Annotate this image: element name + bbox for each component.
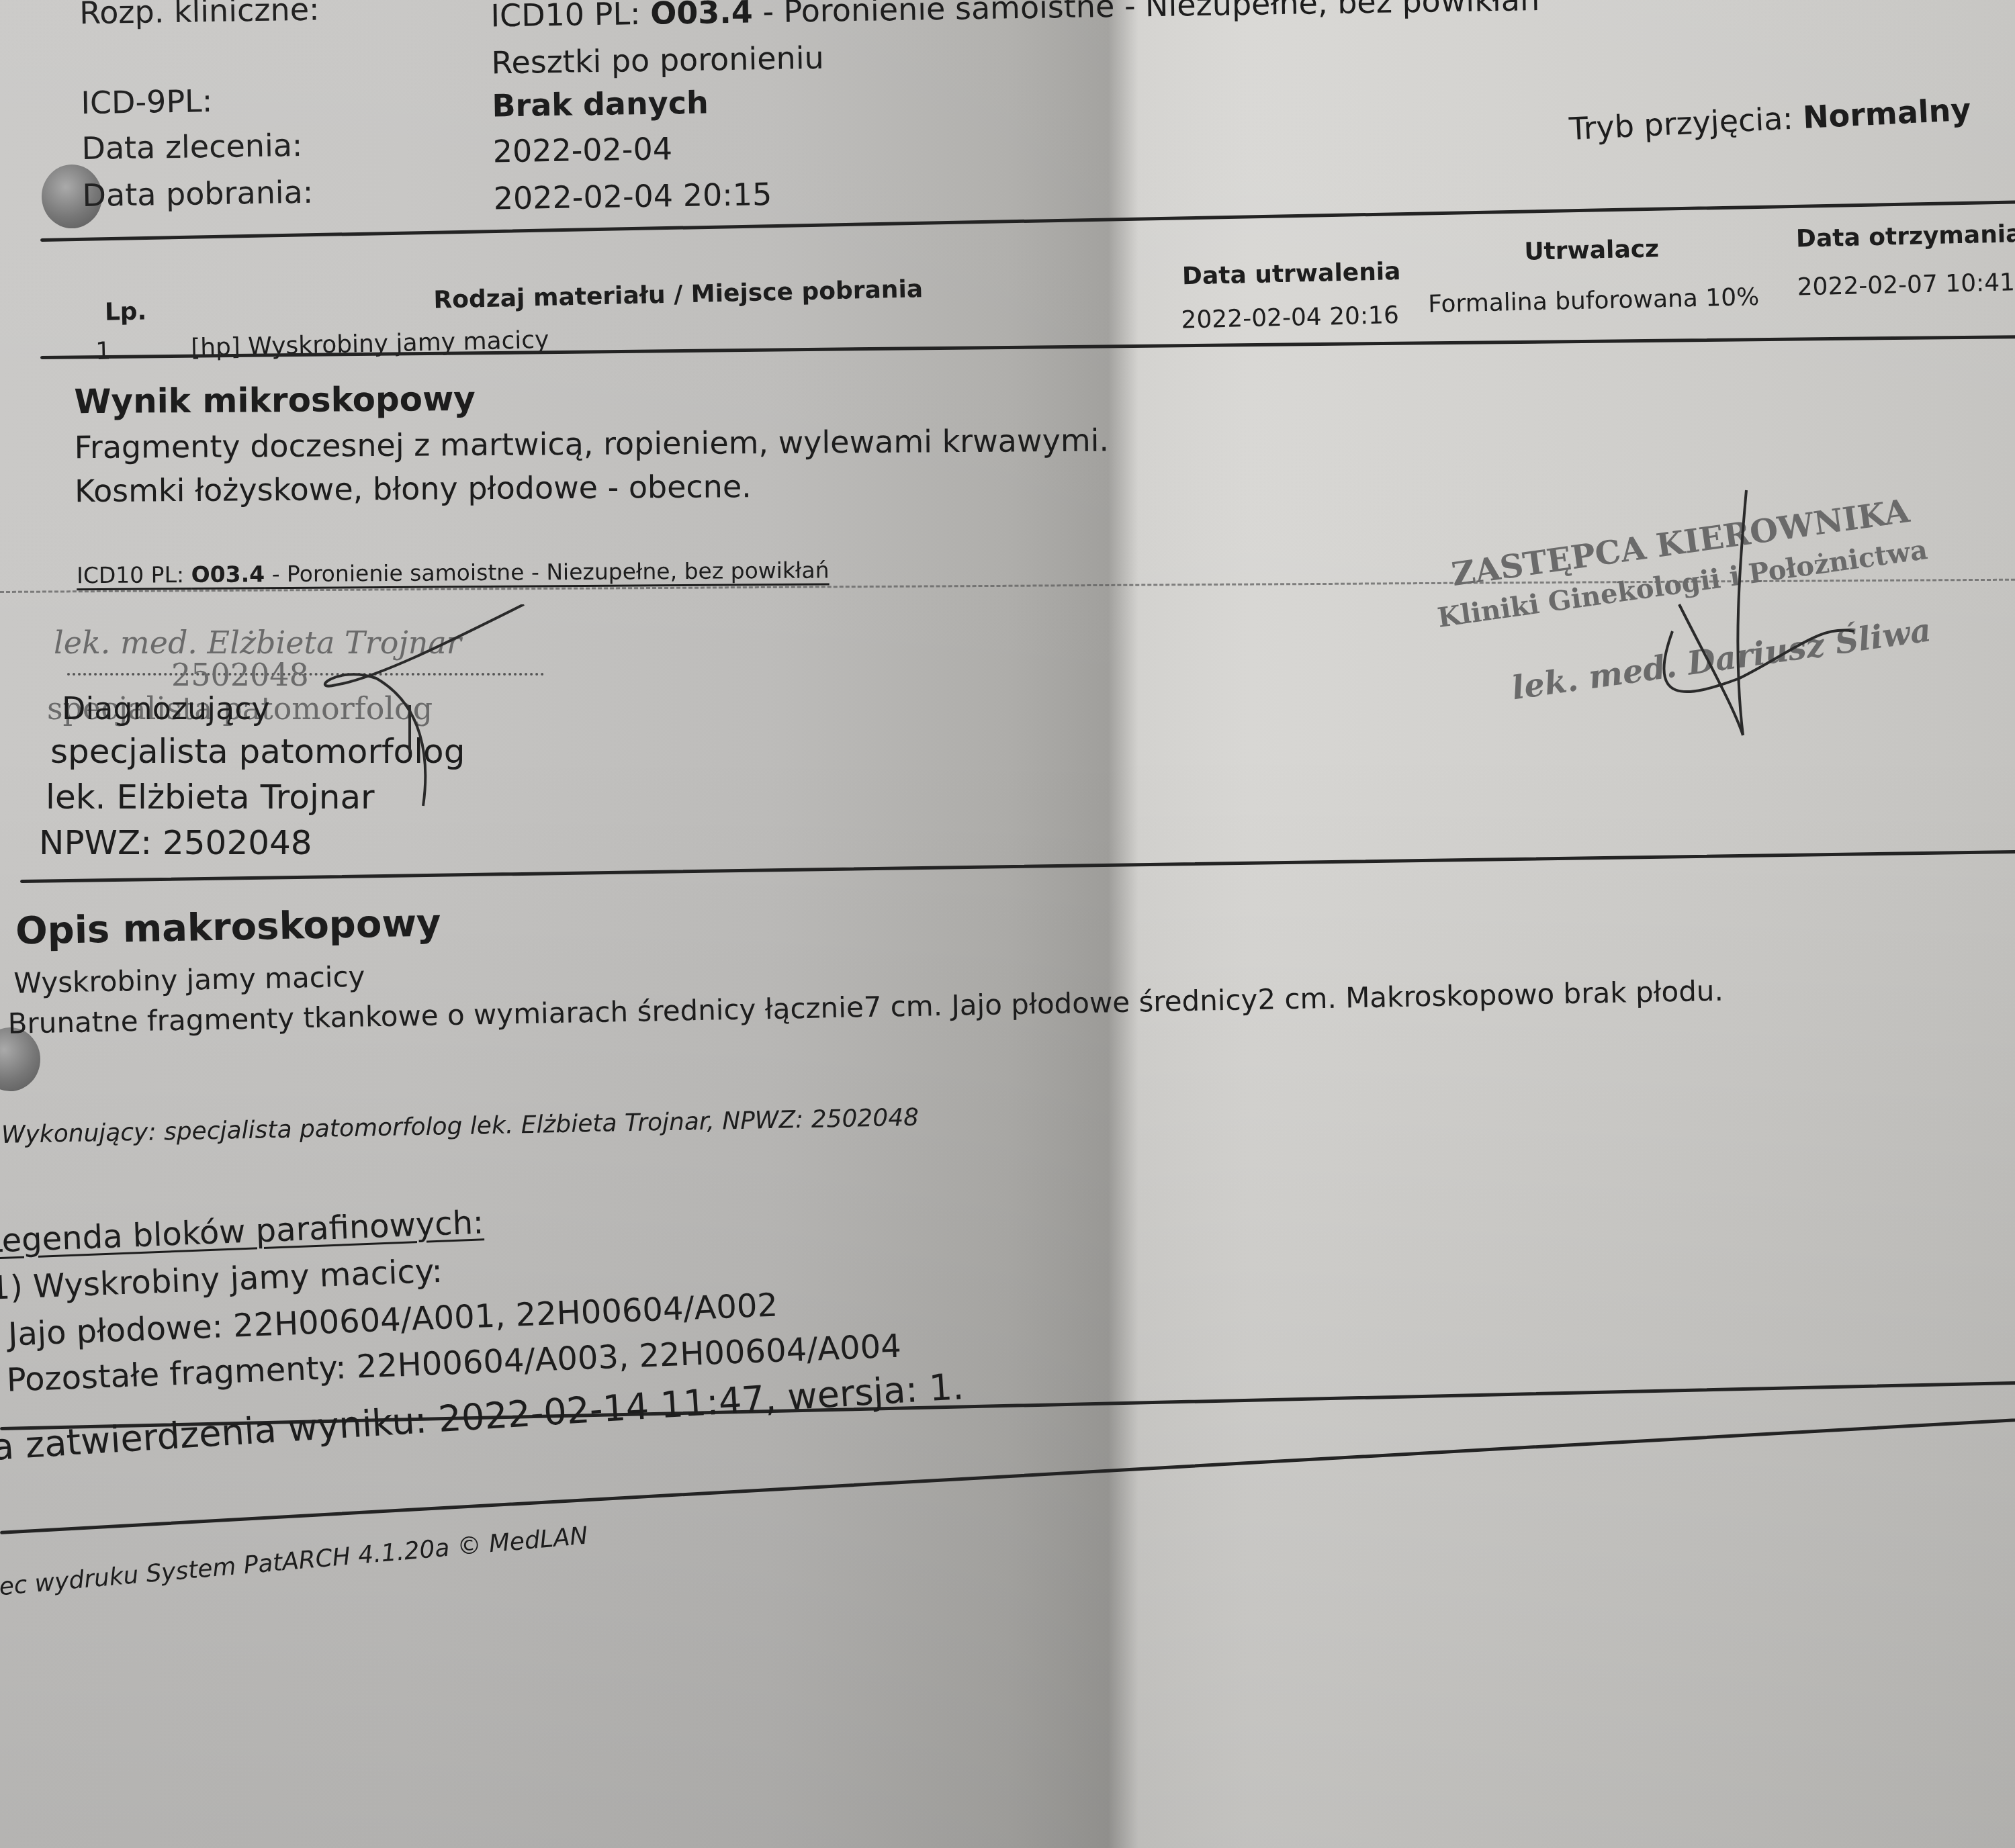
macroscopic-subtitle: Wyskrobiny jamy macicy: [13, 960, 365, 1000]
icd9-label: ICD-9PL:: [81, 83, 213, 121]
signature-icon: [201, 604, 537, 819]
icd9-value: Brak danych: [492, 84, 709, 124]
col-header-fixation-date: Data utrwalenia: [1182, 258, 1401, 290]
microscopic-title: Wynik mikroskopowy: [74, 379, 476, 421]
cell-lp: 1: [95, 338, 111, 366]
col-header-received-date: Data otrzymania: [1796, 220, 2015, 253]
col-header-fixative: Utrwalacz: [1524, 235, 1660, 266]
microscopic-section: Wynik mikroskopowy Fragmenty doczesnej z…: [0, 367, 1345, 598]
macroscopic-performer: Wykonujący: specjalista patomorfolog lek…: [1, 1104, 920, 1149]
collection-date-label: Data pobrania:: [82, 174, 314, 214]
microscopic-line: Fragmenty doczesnej z martwicą, ropienie…: [75, 422, 1110, 465]
collection-date-value: 2022-02-04 20:15: [493, 176, 772, 217]
cell-fixation-date: 2022-02-04 20:16: [1181, 302, 1399, 334]
col-header-lp: Lp.: [104, 297, 146, 326]
diagnosing-doctor-stamp: lek. med. Elżbieta Trojnar 2502048 specj…: [0, 604, 672, 886]
macroscopic-title: Opis makroskopowy: [15, 901, 441, 953]
legend-group: 1) Wyskrobiny jamy macicy:: [0, 1252, 443, 1307]
printout-footer: Koniec wydruku System PatARCH 4.1.20a © …: [0, 1522, 589, 1606]
macroscopic-section: Opis makroskopowy Wyskrobiny jamy macicy…: [0, 854, 2015, 1162]
cell-fixative: Formalina buforowana 10%: [1428, 283, 1760, 318]
clinical-diagnosis-note: Resztki po poronieniu: [491, 40, 824, 81]
microscopic-line: Kosmki łożyskowe, błony płodowe - obecne…: [75, 468, 752, 509]
paraffin-legend: Legenda bloków parafinowych: 1) Wyskrobi…: [0, 1157, 1350, 1410]
signature-icon: [1599, 483, 1881, 752]
clinical-diagnosis-value: ICD10 PL: O03.4 - Poronienie samoistne -…: [490, 0, 1540, 34]
microscopic-diagnosis: ICD10 PL: O03.4 - Poronienie samoistne -…: [77, 557, 830, 588]
cell-received-date: 2022-02-07 10:41: [1797, 269, 2015, 301]
order-date-value: 2022-02-04: [492, 130, 672, 169]
legend-title: Legenda bloków parafinowych:: [0, 1203, 484, 1260]
doctor-npwz: NPWZ: 2502048: [39, 823, 312, 862]
col-header-material: Rodzaj materiału / Miejsce pobrania: [433, 275, 923, 314]
clinical-diagnosis-label: Rozp. kliniczne:: [79, 0, 320, 31]
order-date-label: Data zlecenia:: [81, 127, 303, 167]
